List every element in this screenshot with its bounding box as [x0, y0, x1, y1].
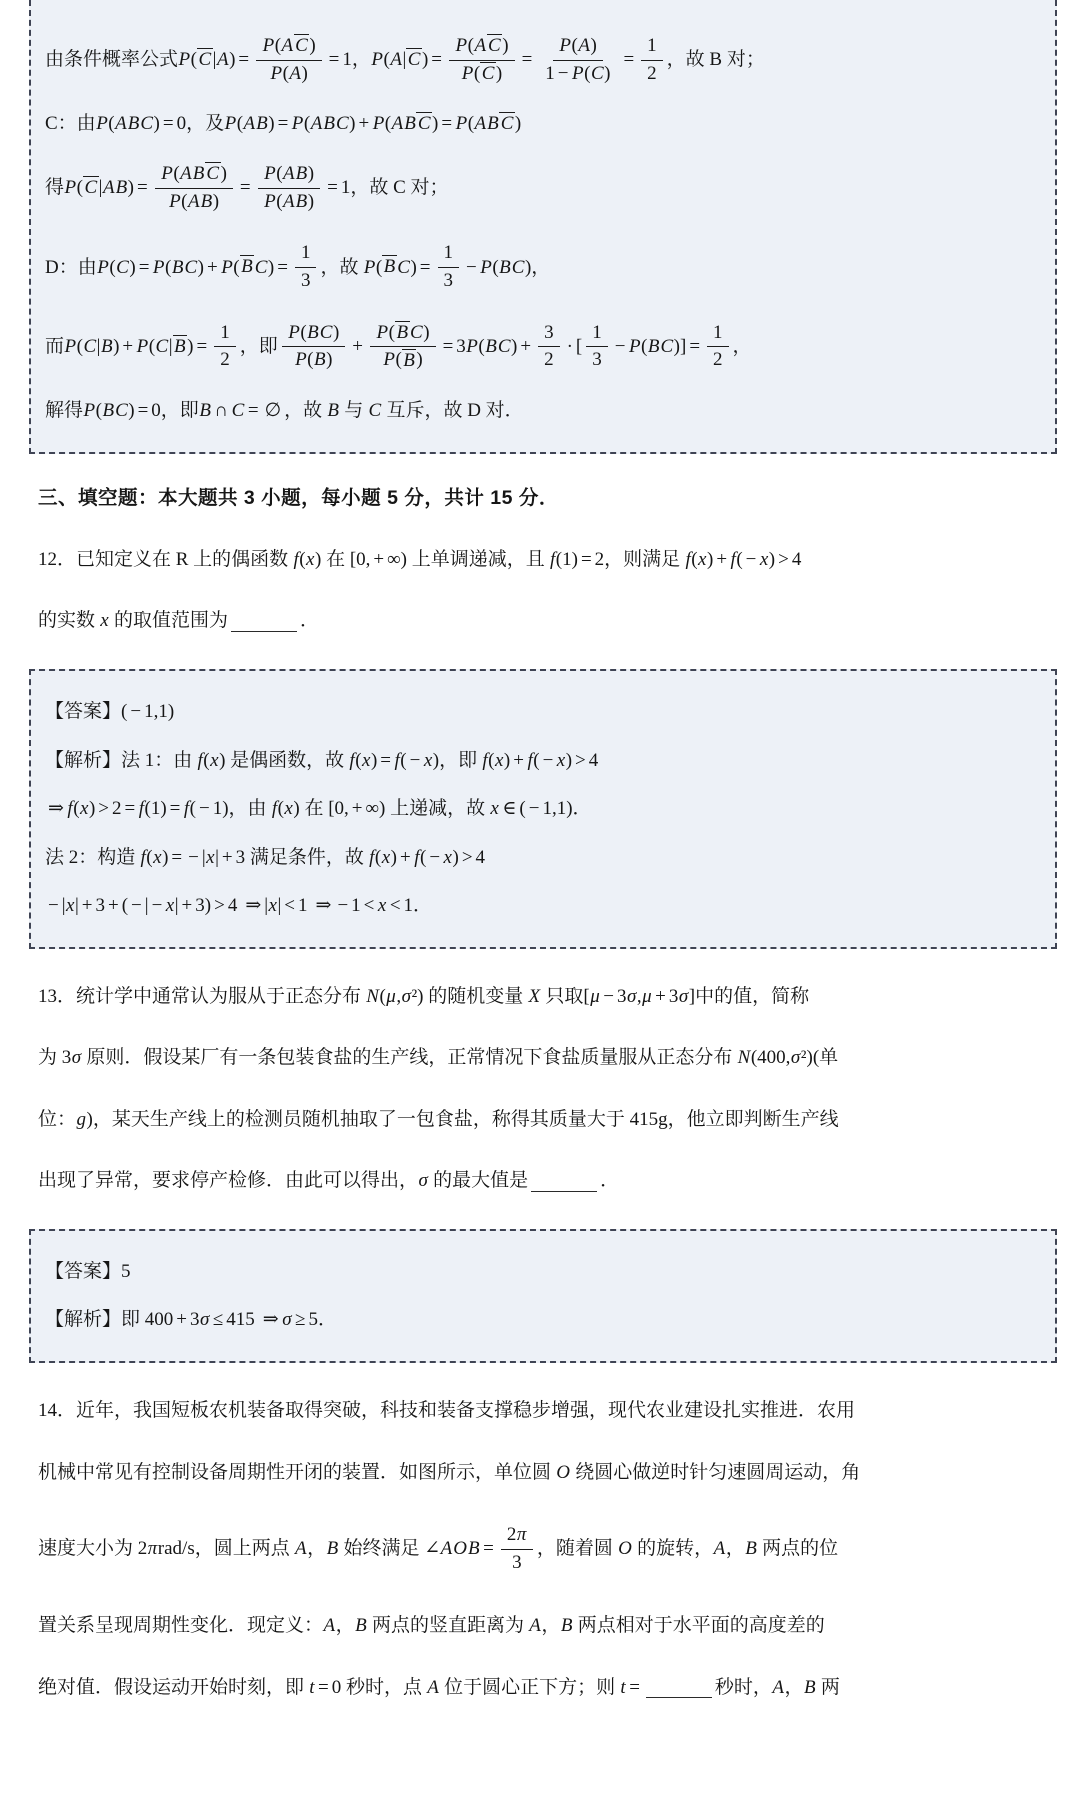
- math-char: P: [96, 110, 109, 138]
- math-char: 2: [138, 1535, 148, 1563]
- math-char: 3: [592, 348, 602, 373]
- math-run: ·[: [564, 333, 583, 361]
- text-run: ，随着圆: [537, 1535, 618, 1563]
- math-run: t=: [620, 1674, 643, 1702]
- math-run: 1: [301, 241, 311, 266]
- text-run: 由条件概率公式: [45, 46, 178, 74]
- text-run: 中的值，简称: [695, 983, 809, 1011]
- math-char: A: [310, 110, 323, 138]
- math-char: x: [381, 844, 390, 872]
- math-run: 2: [713, 348, 723, 373]
- math-char: ∩: [211, 397, 231, 425]
- math-char: 4: [589, 747, 599, 775]
- text-run: ，: [531, 254, 550, 282]
- text-run: 速度大小为: [38, 1535, 138, 1563]
- text-run: 得: [45, 174, 64, 202]
- math-char: +: [204, 254, 221, 282]
- math-char: ⇒: [45, 795, 67, 823]
- math-char: =: [167, 795, 184, 823]
- math-char: 4: [228, 892, 238, 920]
- math-char: ): [213, 190, 219, 215]
- math-run: P(: [363, 254, 382, 282]
- text-line: 12．已知定义在 R 上的偶函数 f(x) 在 [0,+∞) 上单调递减，且 f…: [38, 546, 1053, 574]
- math-char: C: [116, 254, 130, 282]
- problem-13: 13．统计学中通常认为服从于正态分布 N(μ,σ²) 的随机变量 X 只取[μ−…: [38, 983, 1053, 1195]
- text-run: 的旋转，: [632, 1535, 713, 1563]
- math-run: 3σ: [62, 1044, 82, 1072]
- math-run: P(: [178, 46, 197, 74]
- problem-14: 14．近年，我国短板农机装备取得突破，科技和装备支撑稳步增强，现代农业建设扎实推…: [38, 1397, 1053, 1702]
- fraction: 13: [295, 240, 317, 294]
- math-char: P: [64, 333, 77, 361]
- math-char: g: [76, 1106, 87, 1134]
- math-run: C: [368, 397, 382, 425]
- math-char: 3: [444, 269, 454, 294]
- math-run: P(B): [295, 348, 333, 373]
- math-char: P: [64, 174, 77, 202]
- math-char: 3: [617, 983, 627, 1011]
- math-run: 5: [121, 1258, 131, 1286]
- math-char: +: [397, 844, 414, 872]
- text-run: 上单调递减，且: [407, 546, 550, 574]
- math-run: 1: [647, 34, 657, 59]
- math-char: x: [100, 607, 109, 635]
- math-run: =1: [326, 46, 352, 74]
- math-run: 400+3σ≤415 ⇒σ≥5: [145, 1306, 318, 1334]
- math-run: 3: [544, 321, 554, 346]
- math-run: P(C|B)+P(C|: [64, 333, 173, 361]
- text-run: 在: [321, 546, 350, 574]
- math-char: +: [349, 333, 366, 361]
- math-run: P(A: [455, 34, 487, 59]
- math-char: +: [355, 110, 372, 138]
- math-char: P: [466, 333, 479, 361]
- math-run: C)=: [254, 254, 291, 282]
- math-char: ): [221, 162, 227, 187]
- math-char: σ: [678, 983, 688, 1011]
- math-run: N(μ,σ²): [366, 983, 424, 1011]
- math-char: ): [308, 190, 314, 215]
- math-char: =: [578, 546, 595, 574]
- fraction: P(AC)P(A): [256, 33, 322, 87]
- fraction-denominator: 3: [438, 268, 460, 295]
- math-char: 0: [356, 546, 366, 574]
- math-char: σ: [282, 1306, 292, 1334]
- text-run: 两点相对于水平面的高度差的: [573, 1612, 825, 1640]
- math-char: P: [295, 348, 308, 373]
- math-char: O: [618, 1535, 633, 1563]
- math-char: 3: [236, 844, 246, 872]
- overline-term: C: [406, 48, 422, 70]
- math-run: P(C)=P(BC)+P(: [97, 254, 240, 282]
- math-run: O: [618, 1535, 633, 1563]
- text-line: 【解析】即 400+3σ≤415 ⇒σ≥5．: [45, 1306, 1041, 1334]
- math-char: x: [80, 795, 89, 823]
- math-char: =: [620, 46, 637, 74]
- math-char: 4: [476, 844, 486, 872]
- math-char: 4: [226, 1306, 236, 1334]
- text-run: 的实数: [38, 607, 100, 635]
- math-run: P(: [383, 348, 402, 373]
- math-run: ): [515, 110, 521, 138]
- math-char: ⇒: [313, 892, 335, 920]
- text-run: 为: [38, 1044, 62, 1072]
- math-char: P: [455, 34, 468, 59]
- math-char: =: [686, 333, 703, 361]
- math-char: =: [324, 174, 341, 202]
- math-char: ): [308, 162, 314, 187]
- math-char: 3: [195, 892, 205, 920]
- math-char: B: [307, 321, 320, 346]
- math-char: 1: [151, 795, 161, 823]
- fraction-numerator: 1: [586, 320, 608, 348]
- math-char: P: [262, 34, 275, 59]
- math-char: ∞: [366, 795, 380, 823]
- math-char: 1: [341, 174, 351, 202]
- text-line: 的实数 x 的取值范围为．: [38, 607, 1053, 635]
- math-char: 1: [444, 241, 454, 266]
- math-run: C): [410, 321, 430, 346]
- math-char: A: [243, 110, 256, 138]
- math-char: C: [319, 321, 333, 346]
- fraction: 32: [538, 320, 560, 374]
- math-char: B: [199, 397, 212, 425]
- math-char: B: [404, 110, 417, 138]
- math-char: P: [363, 254, 376, 282]
- math-char: B: [485, 333, 498, 361]
- overline-term: B: [382, 255, 397, 277]
- fraction-denominator: 2: [538, 347, 560, 374]
- math-run: 3: [512, 1551, 522, 1576]
- math-run: 2: [647, 62, 657, 87]
- math-char: P: [178, 46, 191, 74]
- text-line: 【答案】5: [45, 1258, 1041, 1286]
- text-line: 解得P(BC)=0，即B∩C=∅，故 B 与 C 互斥，故 D 对．: [45, 397, 1041, 425]
- math-run: +: [349, 333, 366, 361]
- math-run: N(400,σ²): [737, 1044, 813, 1072]
- math-char: 3: [544, 321, 554, 346]
- math-char: P: [572, 62, 585, 87]
- text-line: D：由P(C)=P(BC)+P(BC)=13，故 P(BC)=13−P(BC)，: [45, 238, 1041, 296]
- math-char: A: [283, 162, 296, 187]
- math-char: =: [160, 110, 177, 138]
- text-line: ⇒f(x)>2=f(1)=f(−1)，由 f(x) 在 [0,+∞) 上递减，故…: [45, 795, 1041, 823]
- math-char: 1: [301, 241, 311, 266]
- text-run: ，故 C 对；: [350, 174, 448, 202]
- problem-12: 12．已知定义在 R 上的偶函数 f(x) 在 [0,+∞) 上单调递减，且 f…: [38, 546, 1053, 635]
- fraction-numerator: 1: [707, 320, 729, 348]
- math-char: P: [559, 34, 572, 59]
- math-char: 1: [639, 1106, 649, 1134]
- math-char: P: [461, 62, 474, 87]
- text-run: ．: [573, 795, 592, 823]
- math-run: 3: [592, 348, 602, 373]
- math-run: f(x)+f(−x)>4: [685, 546, 801, 574]
- math-char: 3: [456, 333, 466, 361]
- math-char: <: [387, 892, 404, 920]
- text-line: 置关系呈现周期性变化．现定义：A，B 两点的竖直距离为 A，B 两点相对于水平面…: [38, 1612, 1053, 1640]
- math-char: P: [264, 162, 277, 187]
- math-char: P: [628, 333, 641, 361]
- math-char: 1: [298, 892, 308, 920]
- text-run: 满足条件，故: [245, 844, 369, 872]
- math-char: N: [366, 983, 380, 1011]
- text-run: 法 2：构造: [45, 844, 140, 872]
- fraction: 12: [641, 33, 663, 87]
- math-char: 1: [220, 321, 230, 346]
- overline-term: B: [240, 255, 255, 277]
- math-char: B: [326, 1535, 339, 1563]
- math-char: σ: [626, 983, 636, 1011]
- overline-term: C: [480, 62, 496, 84]
- math-char: ): [326, 348, 332, 373]
- math-char: x: [556, 747, 565, 775]
- math-char: x: [206, 844, 215, 872]
- math-char: 0: [335, 795, 345, 823]
- math-char: B: [102, 397, 115, 425]
- math-char: 1: [404, 892, 414, 920]
- fraction-numerator: P(ABC): [155, 161, 233, 189]
- fraction-numerator: 2π: [501, 1522, 533, 1550]
- math-char: A: [180, 162, 193, 187]
- math-run: A: [529, 1612, 542, 1640]
- math-char: P: [97, 254, 110, 282]
- math-char: x: [153, 844, 162, 872]
- text-run: ，及: [186, 110, 224, 138]
- math-run: x: [100, 607, 109, 635]
- math-char: −: [149, 892, 166, 920]
- math-char: x: [759, 546, 768, 574]
- math-char: x: [66, 892, 75, 920]
- math-char: ·: [564, 333, 576, 361]
- math-char: −: [526, 795, 543, 823]
- math-char: 0: [767, 1044, 777, 1072]
- math-char: A: [578, 34, 591, 59]
- math-char: =: [417, 254, 434, 282]
- math-char: 3: [62, 1044, 72, 1072]
- math-char: 4: [145, 1306, 155, 1334]
- text-run: ，故: [320, 254, 363, 282]
- text-run: ，: [726, 1535, 745, 1563]
- math-char: C: [410, 321, 424, 346]
- fraction-numerator: P(AC): [256, 33, 322, 61]
- math-char: P: [291, 110, 304, 138]
- math-run: ): [309, 34, 315, 59]
- fraction-denominator: 2: [707, 347, 729, 374]
- math-char: A: [474, 110, 487, 138]
- fraction-numerator: P(AC): [449, 33, 515, 61]
- math-char: P: [224, 110, 237, 138]
- text-run: ，即: [439, 747, 482, 775]
- math-char: B: [314, 348, 327, 373]
- text-run: 【答案】: [45, 1258, 121, 1286]
- math-char: ): [502, 34, 508, 59]
- text-run: 三、填空题：本大题共 3 小题，每小题 5 分，共计 15 分．: [38, 484, 559, 512]
- text-run: ，即: [240, 333, 278, 361]
- answer-blank: [646, 1677, 712, 1698]
- text-run: ．: [413, 892, 432, 920]
- math-run: B: [560, 1612, 573, 1640]
- math-run: B: [327, 397, 340, 425]
- math-run: P(A: [262, 34, 294, 59]
- text-line: 三、填空题：本大题共 3 小题，每小题 5 分，共计 15 分．: [38, 484, 1053, 512]
- math-char: >: [572, 747, 589, 775]
- math-run: σ: [418, 1167, 428, 1195]
- math-char: +: [105, 892, 122, 920]
- fraction: P(AC)P(C): [449, 33, 515, 87]
- math-char: +: [510, 747, 527, 775]
- math-char: =: [480, 1535, 497, 1563]
- answer-blank: [531, 1171, 597, 1192]
- text-run: 机械中常见有控制设备周期性开闭的装置．如图所示，单位圆: [38, 1459, 556, 1487]
- math-char: ∈: [499, 795, 519, 823]
- fraction: 13: [586, 320, 608, 374]
- math-char: ): [168, 698, 174, 726]
- math-run: A: [772, 1674, 785, 1702]
- math-char: 1: [542, 795, 552, 823]
- text-run: 【解析】法 1：由: [45, 747, 197, 775]
- math-run: B: [355, 1612, 368, 1640]
- fraction-denominator: 1−P(C): [539, 61, 616, 88]
- math-char: ⇒: [260, 1306, 282, 1334]
- math-char: ⇒: [242, 892, 264, 920]
- math-char: σ: [418, 1167, 428, 1195]
- math-run: A: [427, 1674, 440, 1702]
- math-char: −: [407, 747, 424, 775]
- math-char: P: [480, 254, 493, 282]
- math-char: ): [496, 62, 502, 87]
- math-char: −: [127, 698, 144, 726]
- math-char: 0: [177, 110, 187, 138]
- math-char: μ: [590, 983, 601, 1011]
- math-run: f(x): [271, 795, 299, 823]
- math-char: =: [519, 46, 536, 74]
- text-run: 【解析】即: [45, 1306, 145, 1334]
- math-char: C: [254, 254, 268, 282]
- math-char: A: [102, 174, 115, 202]
- math-char: P: [169, 190, 182, 215]
- math-char: 2: [507, 1523, 517, 1548]
- math-char: A: [115, 110, 128, 138]
- math-char: B: [192, 162, 205, 187]
- math-char: 2: [544, 348, 554, 373]
- math-char: ): [416, 348, 422, 373]
- math-char: P: [83, 397, 96, 425]
- fraction-numerator: 1: [295, 240, 317, 268]
- math-char: <: [361, 892, 378, 920]
- math-char: 3: [301, 269, 311, 294]
- text-run: ．: [318, 1306, 337, 1334]
- math-char: =: [237, 174, 254, 202]
- math-run: B: [745, 1535, 758, 1563]
- math-char: 1: [236, 1306, 246, 1334]
- math-char: O: [453, 1535, 468, 1563]
- math-char: A: [323, 1612, 336, 1640]
- math-char: =: [235, 46, 252, 74]
- math-char: +: [179, 892, 196, 920]
- text-line: 得P(C|AB)=P(ABC)P(AB)=P(AB)P(AB)=1，故 C 对；: [45, 159, 1041, 217]
- math-run: 1−P(C): [545, 62, 610, 87]
- math-char: =: [428, 46, 445, 74]
- math-char: =: [134, 174, 151, 202]
- math-char: +: [370, 546, 387, 574]
- math-run: P(AB): [264, 190, 314, 215]
- math-char: >: [95, 795, 112, 823]
- math-char: P: [376, 321, 389, 346]
- math-char: 0: [776, 1044, 786, 1072]
- math-char: 5: [121, 1258, 131, 1286]
- math-char: P: [136, 333, 149, 361]
- math-run: P(A|: [371, 46, 406, 74]
- math-char: =: [275, 110, 292, 138]
- fraction: P(ABC)P(AB): [155, 161, 233, 215]
- math-char: 4: [757, 1044, 767, 1072]
- math-char: x: [443, 844, 452, 872]
- math-run: 2π: [138, 1535, 158, 1563]
- math-char: A: [427, 1674, 440, 1702]
- math-char: x: [362, 747, 371, 775]
- math-char: +: [173, 1306, 190, 1334]
- math-char: C: [335, 110, 349, 138]
- text-run: 绕圆心做逆时针匀速圆周运动，角: [571, 1459, 861, 1487]
- text-run: 两: [816, 1674, 840, 1702]
- overline-term: C: [197, 48, 213, 70]
- math-char: A: [440, 1535, 453, 1563]
- fraction-denominator: P(AB): [258, 189, 320, 216]
- math-char: >: [211, 892, 228, 920]
- fraction-numerator: P(BC): [282, 320, 346, 348]
- math-run: 1: [713, 321, 723, 346]
- math-run: 1: [444, 241, 454, 266]
- text-run: ．: [600, 1167, 619, 1195]
- math-run: f(x)=f(−x): [349, 747, 439, 775]
- math-run: 2π: [507, 1523, 527, 1548]
- math-char: >: [459, 844, 476, 872]
- answer-box-q13: 【答案】5【解析】即 400+3σ≤415 ⇒σ≥5．: [29, 1229, 1057, 1363]
- math-char: C: [155, 333, 169, 361]
- math-char: 1: [647, 34, 657, 59]
- text-run: g，他立即判断生产线: [658, 1106, 839, 1134]
- math-char: ≥: [292, 1306, 308, 1334]
- math-char: 0: [154, 1306, 164, 1334]
- text-run: ，由: [229, 795, 272, 823]
- math-run: B: [804, 1674, 817, 1702]
- math-char: ): [515, 110, 521, 138]
- math-char: A: [474, 34, 487, 59]
- math-char: x: [165, 892, 174, 920]
- text-run: 始终满足: [339, 1535, 425, 1563]
- math-char: B: [295, 162, 308, 187]
- fraction: 13: [438, 240, 460, 294]
- math-char: A: [529, 1612, 542, 1640]
- math-run: ∠AOB=: [424, 1535, 497, 1563]
- overline-term: C: [499, 112, 515, 134]
- math-char: 3: [669, 983, 679, 1011]
- math-char: B: [499, 254, 512, 282]
- math-char: −: [463, 254, 480, 282]
- math-char: ∅: [262, 397, 285, 425]
- text-run: ，: [541, 1612, 560, 1640]
- math-char: x: [284, 795, 293, 823]
- math-run: 2: [220, 348, 230, 373]
- math-char: σ: [199, 1306, 209, 1334]
- section-heading-fill-in: 三、填空题：本大题共 3 小题，每小题 5 分，共计 15 分．: [38, 484, 1053, 512]
- math-char: P: [264, 190, 277, 215]
- math-char: μ: [386, 983, 397, 1011]
- fraction: P(BC)P(B): [370, 320, 436, 374]
- overline-term: C: [416, 112, 432, 134]
- math-char: 0: [164, 1306, 174, 1334]
